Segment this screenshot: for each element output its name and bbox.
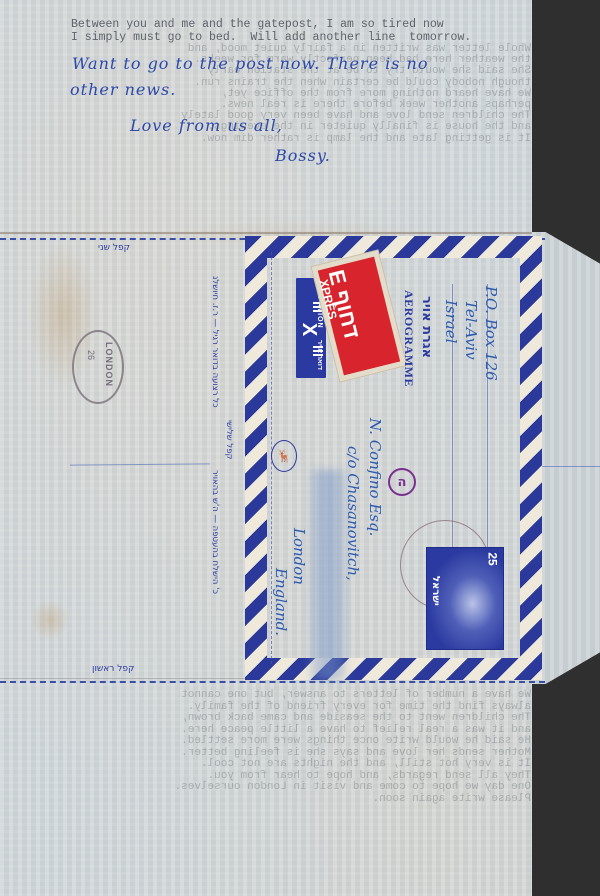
fold-crease [0,232,532,234]
deer-emblem-icon: 🦌 [271,440,297,472]
side-instructions: כ' הישלח בהעטפה — ה'ש בהאויר [210,470,220,594]
show-through-text-bottom: We have a number of letters to answer, b… [71,690,531,805]
typed-text: Between you and me and the gatepost, I a… [71,18,541,44]
fold-label: קפל ראשון [92,664,134,674]
airmail-wings-icon: X [297,323,320,336]
recipient-care-of: c/o Chasanovitch, [344,446,362,581]
handwritten-line: Want to go to the post now. There is no [72,54,428,73]
sender-po-box: P.O. Box 126 [482,286,500,381]
recipient-name: N. Confino Esq. [366,418,384,536]
aerogramme-title-en: AEROGRAMME [401,290,416,387]
handwritten-signature: Bossy. [275,146,331,165]
fold-label: קפל שלישי [224,420,234,460]
envelope-side-flap [532,232,600,684]
paper-stain [30,600,70,640]
fold-guide-dashed [0,681,545,683]
london-postmark: LONDON 26 [72,330,124,404]
aerogramme-title-he: אגרת אויר [419,296,434,358]
typed-line: I simply must go to bed. Will add anothe… [71,31,541,44]
postmark-city: LONDON [104,342,114,387]
censor-mark: ה [388,468,416,496]
typed-line: Between you and me and the gatepost, I a… [71,18,541,31]
recipient-country: England. [272,568,290,636]
fold-label: קפל שני [98,243,130,253]
handwritten-underline [532,466,600,467]
postmark-date: 26 [86,350,96,360]
airmail-hebrew-text: דואר אויר [316,340,323,370]
sender-country: Israel [442,300,460,343]
stamp-value: 25 [485,552,499,565]
postage-stamp: 25 ישראל [426,547,504,650]
side-instructions: כל רצועה בדואר רגיל — ר.ז. חיושלנ [210,276,220,408]
recipient-city: London [290,528,308,585]
stamp-country: ישראל [430,576,441,606]
redacted-address [310,470,346,680]
sender-city: Tel-Aviv [462,300,480,360]
handwritten-line: other news. [70,80,176,99]
handwritten-closing: Love from us all, [130,116,283,135]
